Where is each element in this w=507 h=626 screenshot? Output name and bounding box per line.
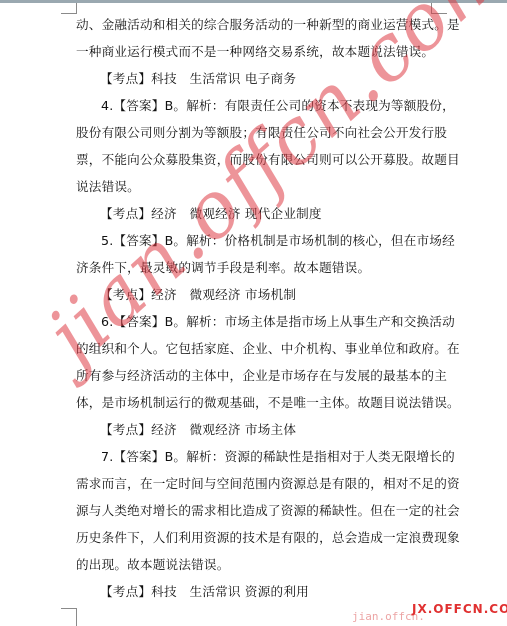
text-line: 【考点】经济 微观经济 现代企业制度: [76, 200, 431, 227]
text-line: 的组织和个人。它包括家庭、企业、中介机构、事业单位和政府。在: [76, 335, 431, 362]
kaodian-line: 【考点】科技 生活常识 电子商务: [76, 65, 431, 92]
answer-paragraph-4: 4.【答案】B。解析：有限责任公司的资本不表现为等额股份， 股份有限公司则分割为…: [76, 92, 431, 200]
text-line: 动、金融活动和相关的综合服务活动的一种新型的商业运营模式。是: [76, 11, 431, 38]
text-line: 票，不能向公众募股集资，而股份有限公司则可以公开募股。故题目: [76, 146, 431, 173]
document-page: 动、金融活动和相关的综合服务活动的一种新型的商业运营模式。是 一种商业运行模式而…: [0, 3, 507, 626]
text-line: 股份有限公司则分割为等额股；有限责任公司不向社会公开发行股: [76, 119, 431, 146]
text-line: 体，是市场机制运行的微观基础，不是唯一主体。故题目说法错误。: [76, 389, 431, 416]
kaodian-line: 【考点】经济 微观经济 市场机制: [76, 281, 431, 308]
text-line: 所有参与经济活动的主体中，企业是市场存在与发展的最基本的主: [76, 362, 431, 389]
kaodian-line: 【考点】科技 生活常识 资源的利用: [76, 578, 431, 605]
text-line: 济条件下，最灵敏的调节手段是利率。故本题错误。: [76, 254, 431, 281]
text-line: 【考点】经济 微观经济 市场机制: [76, 281, 431, 308]
kaodian-line: 【考点】经济 微观经济 市场主体: [76, 416, 431, 443]
watermark-footer-small: jian.offcn.: [352, 610, 425, 623]
crop-mark-top-right: [431, 3, 447, 14]
crop-mark-bottom-left: [61, 608, 77, 626]
text-line: 【考点】科技 生活常识 电子商务: [76, 65, 431, 92]
text-line: 说法错误。: [76, 173, 431, 200]
text-line: 源与人类绝对增长的需求相比造成了资源的稀缺性。但在一定的社会: [76, 497, 431, 524]
text-line: 7.【答案】B。解析：资源的稀缺性是指相对于人类无限增长的: [76, 443, 431, 470]
text-line: 的出现。故本题说法错误。: [76, 551, 431, 578]
text-line: 【考点】科技 生活常识 资源的利用: [76, 578, 431, 605]
crop-mark-top-left: [61, 3, 77, 14]
text-line: 一种商业运行模式而不是一种网络交易系统，故本题说法错误。: [76, 38, 431, 65]
text-line: 【考点】经济 微观经济 市场主体: [76, 416, 431, 443]
text-line: 6.【答案】B。解析：市场主体是指市场上从事生产和交换活动: [76, 308, 431, 335]
answer-paragraph-7: 7.【答案】B。解析：资源的稀缺性是指相对于人类无限增长的 需求而言，在一定时间…: [76, 443, 431, 578]
text-line: 需求而言，在一定时间与空间范围内资源总是有限的，相对不足的资: [76, 470, 431, 497]
text-line: 5.【答案】B。解析：价格机制是市场机制的核心，但在市场经: [76, 227, 431, 254]
kaodian-line: 【考点】经济 微观经济 现代企业制度: [76, 200, 431, 227]
text-line: 历史条件下，人们利用资源的技术是有限的，总会造成一定浪费现象: [76, 524, 431, 551]
document-body: 动、金融活动和相关的综合服务活动的一种新型的商业运营模式。是 一种商业运行模式而…: [76, 11, 431, 605]
text-line: 4.【答案】B。解析：有限责任公司的资本不表现为等额股份，: [76, 92, 431, 119]
answer-paragraph-6: 6.【答案】B。解析：市场主体是指市场上从事生产和交换活动 的组织和个人。它包括…: [76, 308, 431, 416]
answer-paragraph-5: 5.【答案】B。解析：价格机制是市场机制的核心，但在市场经 济条件下，最灵敏的调…: [76, 227, 431, 281]
paragraph-body: 动、金融活动和相关的综合服务活动的一种新型的商业运营模式。是 一种商业运行模式而…: [76, 11, 431, 65]
